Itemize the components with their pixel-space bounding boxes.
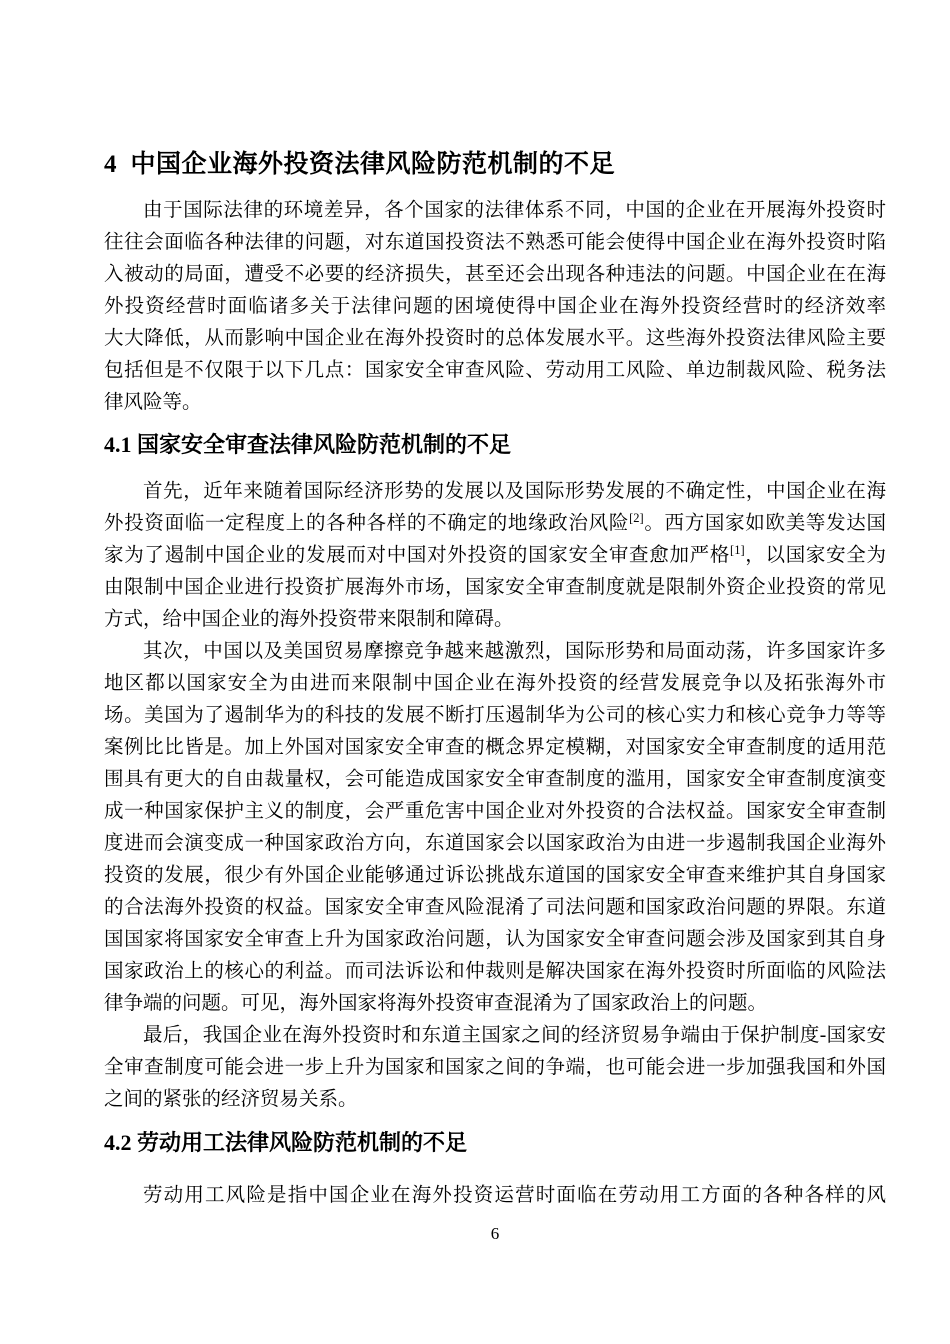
line-segment: 。西方国家如欧美等发达国 bbox=[644, 513, 886, 534]
line-segment: ，以国家安全为 bbox=[745, 545, 886, 566]
page-content: 4 中国企业海外投资法律风险防范机制的不足 由于国际法律的环境差异，各个国家的法… bbox=[104, 0, 886, 1212]
section-heading-41: 4.1 国家安全审查法律风险防范机制的不足 bbox=[104, 430, 886, 460]
text-line: 律争端的问题。可见，海外国家将海外投资审查混淆为了国家政治上的问题。 bbox=[104, 988, 886, 1020]
text-line: 外投资经营时面临诸多关于法律问题的困境使得中国企业在海外投资经营时的经济效率 bbox=[104, 291, 886, 323]
text-line: 地区都以国家安全为由进而来限制中国企业在海外投资的经营发展竞争以及拓张海外市 bbox=[104, 668, 886, 700]
text-line: 国国家将国家安全审查上升为国家政治问题，认为国家安全审查问题会涉及国家到其自身 bbox=[104, 924, 886, 956]
text-line: 围具有更大的自由裁量权，会可能造成国家安全审查制度的滥用，国家安全审查制度演变 bbox=[104, 764, 886, 796]
text-line: 入被动的局面，遭受不必要的经济损失，甚至还会出现各种违法的问题。中国企业在在海 bbox=[104, 259, 886, 291]
line-segment: 家为了遏制中国企业的发展而对中国对外投资的国家安全审查愈加严格 bbox=[104, 545, 730, 566]
text-line: 之间的紧张的经济贸易关系。 bbox=[104, 1084, 886, 1116]
text-line: 场。美国为了遏制华为的科技的发展不断打压遏制华为公司的核心实力和核心竞争力等等 bbox=[104, 700, 886, 732]
text-line: 的合法海外投资的权益。国家安全审查风险混淆了司法问题和国家政治问题的界限。东道 bbox=[104, 892, 886, 924]
text-line: 外投资面临一定程度上的各种各样的不确定的地缘政治风险[2]。西方国家如欧美等发达… bbox=[104, 508, 886, 540]
text-line: 由于国际法律的环境差异，各个国家的法律体系不同，中国的企业在开展海外投资时 bbox=[104, 195, 886, 227]
footnote-ref-2: [2] bbox=[629, 511, 644, 525]
page-number: 6 bbox=[104, 1222, 886, 1246]
text-line: 方式，给中国企业的海外投资带来限制和障碍。 bbox=[104, 604, 886, 636]
chapter-heading: 4 中国企业海外投资法律风险防范机制的不足 bbox=[104, 150, 886, 180]
text-line: 往往会面临各种法律的问题，对东道国投资法不熟悉可能会使得中国企业在海外投资时陷 bbox=[104, 227, 886, 259]
text-line: 包括但是不仅限于以下几点：国家安全审查风险、劳动用工风险、单边制裁风险、税务法 bbox=[104, 355, 886, 387]
text-line: 大大降低，从而影响中国企业在海外投资时的总体发展水平。这些海外投资法律风险主要 bbox=[104, 323, 886, 355]
text-line: 国家政治上的核心的利益。而司法诉讼和仲裁则是解决国家在海外投资时所面临的风险法 bbox=[104, 956, 886, 988]
text-line: 律风险等。 bbox=[104, 387, 886, 419]
text-line: 其次，中国以及美国贸易摩擦竞争越来越激烈，国际形势和局面动荡，许多国家许多 bbox=[104, 636, 886, 668]
paragraph: 劳动用工风险是指中国企业在海外投资运营时面临在劳动用工方面的各种各样的风 bbox=[104, 1180, 886, 1212]
text-line: 家为了遏制中国企业的发展而对中国对外投资的国家安全审查愈加严格[1]，以国家安全… bbox=[104, 540, 886, 572]
text-line: 成一种国家保护主义的制度，会严重危害中国企业对外投资的合法权益。国家安全审查制 bbox=[104, 796, 886, 828]
paragraph: 首先，近年来随着国际经济形势的发展以及国际形势发展的不确定性，中国企业在海 外投… bbox=[104, 476, 886, 636]
text-line: 案例比比皆是。加上外国对国家安全审查的概念界定模糊，对国家安全审查制度的适用范 bbox=[104, 732, 886, 764]
text-line: 度进而会演变成一种国家政治方向，东道国家会以国家政治为由进一步遏制我国企业海外 bbox=[104, 828, 886, 860]
section-heading-42: 4.2 劳动用工法律风险防范机制的不足 bbox=[104, 1128, 886, 1158]
paragraph: 其次，中国以及美国贸易摩擦竞争越来越激烈，国际形势和局面动荡，许多国家许多 地区… bbox=[104, 636, 886, 1020]
document-page: 4 中国企业海外投资法律风险防范机制的不足 由于国际法律的环境差异，各个国家的法… bbox=[0, 0, 950, 1344]
footnote-ref-1: [1] bbox=[730, 543, 745, 557]
text-line: 劳动用工风险是指中国企业在海外投资运营时面临在劳动用工方面的各种各样的风 bbox=[104, 1180, 886, 1212]
text-line: 投资的发展，很少有外国企业能够通过诉讼挑战东道国的国家安全审查来维护其自身国家 bbox=[104, 860, 886, 892]
paragraph: 由于国际法律的环境差异，各个国家的法律体系不同，中国的企业在开展海外投资时 往往… bbox=[104, 195, 886, 419]
text-line: 最后，我国企业在海外投资时和东道主国家之间的经济贸易争端由于保护制度-国家安 bbox=[104, 1020, 886, 1052]
text-line: 首先，近年来随着国际经济形势的发展以及国际形势发展的不确定性，中国企业在海 bbox=[104, 476, 886, 508]
paragraph: 最后，我国企业在海外投资时和东道主国家之间的经济贸易争端由于保护制度-国家安 全… bbox=[104, 1020, 886, 1116]
text-line: 全审查制度可能会进一步上升为国家和国家之间的争端，也可能会进一步加强我国和外国 bbox=[104, 1052, 886, 1084]
line-segment: 外投资面临一定程度上的各种各样的不确定的地缘政治风险 bbox=[104, 513, 629, 534]
text-line: 由限制中国企业进行投资扩展海外市场，国家安全审查制度就是限制外资企业投资的常见 bbox=[104, 572, 886, 604]
